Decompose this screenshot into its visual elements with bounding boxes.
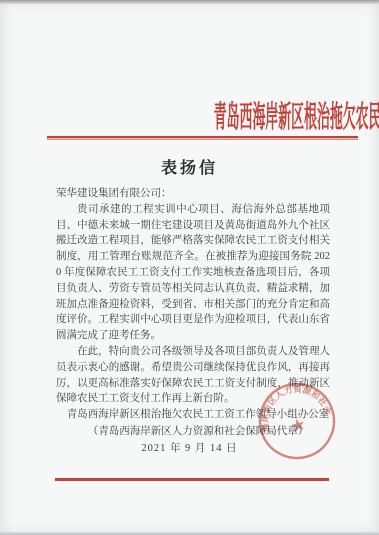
- signature-block: 青岛西海岸新区根治拖欠农民工工资工作领导小组办公室 （青岛西海岸新区人力资源和社…: [0, 406, 379, 458]
- letter-body: 荣华建设集团有限公司： 贵司承建的工程实训中心项目、海信海外总部基地项目、中德未…: [56, 186, 330, 407]
- scan-edge-top: [0, 0, 379, 4]
- signature-seal-note: （青岛西海岸新区人力资源和社会保障局代章）: [17, 423, 379, 440]
- letterhead-rule: [47, 136, 358, 140]
- letter-title: 表扬信: [0, 155, 379, 178]
- footer-rule: [55, 478, 329, 481]
- signature-date: 2021 年 9 月 14 日: [0, 440, 379, 457]
- signature-org-name: 青岛西海岸新区根治拖欠农民工工资工作领导小组办公室: [17, 406, 379, 423]
- body-paragraph-1: 贵司承建的工程实训中心项目、海信海外总部基地项目、中德未来城一期住宅建设项目及黄…: [56, 202, 330, 344]
- salutation: 荣华建设集团有限公司：: [56, 186, 330, 202]
- letterhead: 青岛西海岸新区根治拖欠农民工工资工作领导小组办公室: [0, 92, 379, 136]
- letterhead-org-name: 青岛西海岸新区根治拖欠农民工工资工作领导小组办公室: [214, 92, 379, 136]
- scanned-letter-page: 青岛西海岸新区根治拖欠农民工工资工作领导小组办公室 表扬信 荣华建设集团有限公司…: [0, 0, 379, 535]
